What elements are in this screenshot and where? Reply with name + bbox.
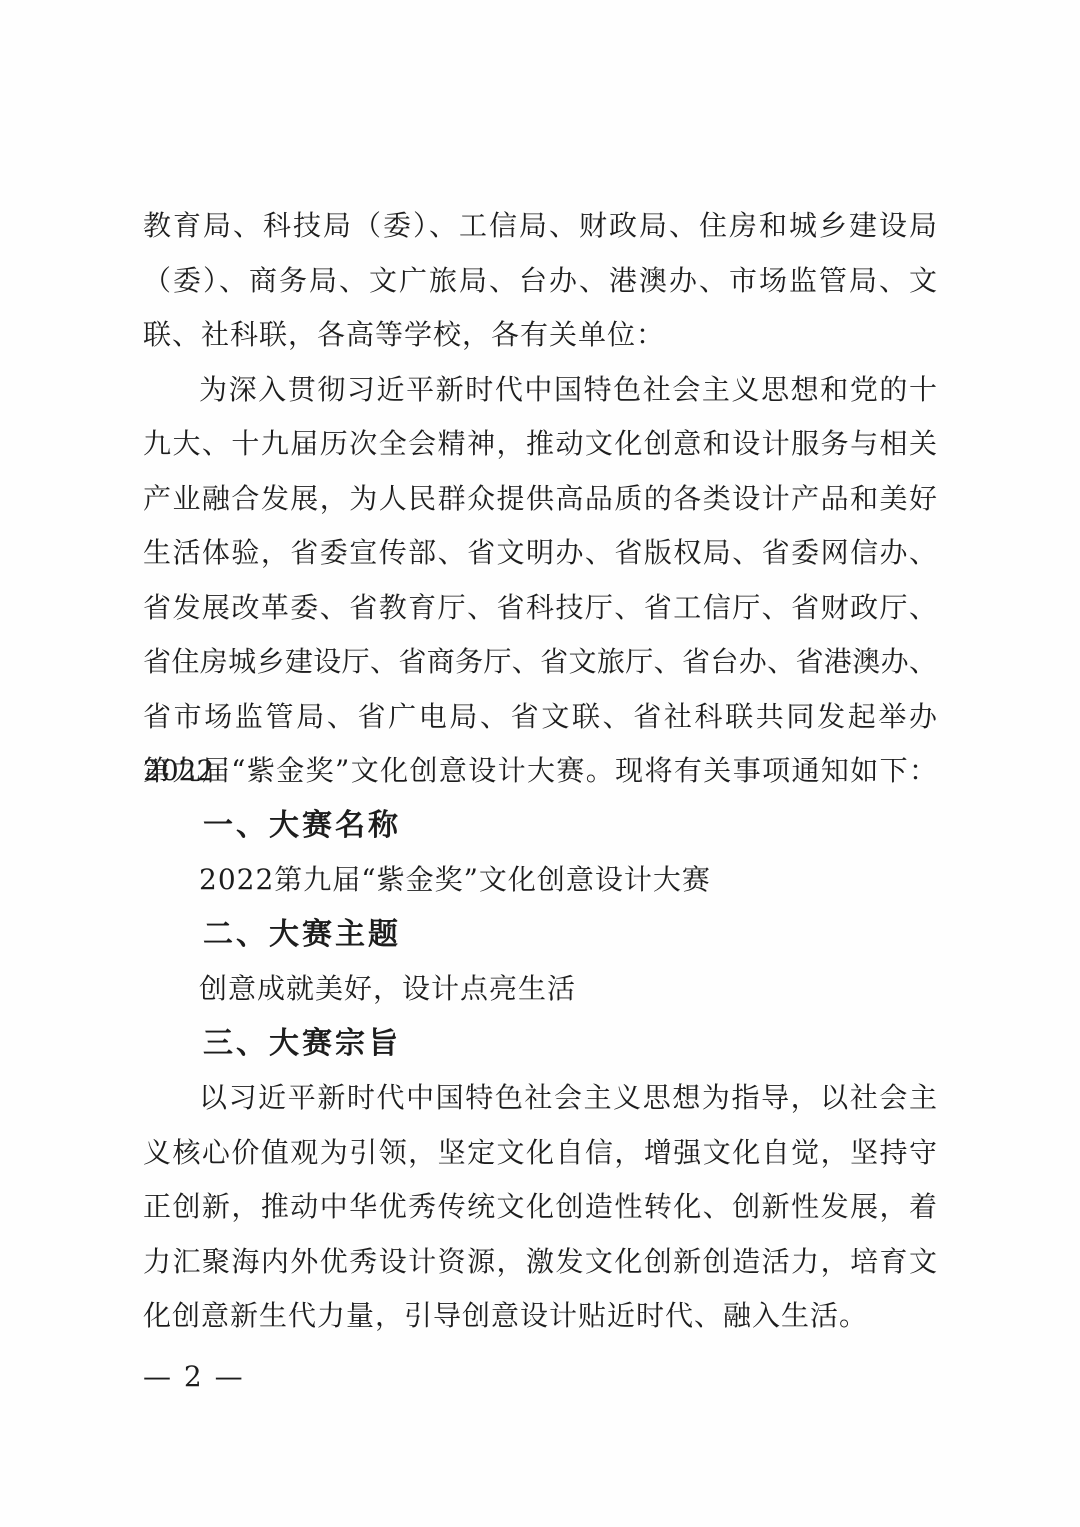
text-line: 教育局、科技局（委）、工信局、财政局、住房和城乡建设局 xyxy=(143,199,937,254)
text-line: 产业融合发展，为人民群众提供高品质的各类设计产品和美好 xyxy=(143,472,937,527)
text-line: 省住房城乡建设厅、省商务厅、省文旅厅、省台办、省港澳办、 xyxy=(143,635,937,690)
text-line: （委）、商务局、文广旅局、台办、港澳办、市场监管局、文 xyxy=(143,254,937,309)
page-number: — 2 — xyxy=(143,1355,245,1399)
text-line: 第九届“紫金奖”文化创意设计大赛。现将有关事项通知如下： xyxy=(143,744,937,799)
text-line: 九大、十九届历次全会精神，推动文化创意和设计服务与相关 xyxy=(143,417,937,472)
section-heading-competition-purpose: 三、大赛宗旨 xyxy=(143,1017,937,1072)
section-body-competition-purpose: 以习近平新时代中国特色社会主义思想为指导，以社会主 义核心价值观为引领，坚定文化… xyxy=(143,1071,937,1344)
text-line: 省市场监管局、省广电局、省文联、省社科联共同发起举办2022 xyxy=(143,690,937,745)
document-body: 教育局、科技局（委）、工信局、财政局、住房和城乡建设局 （委）、商务局、文广旅局… xyxy=(143,199,937,1344)
text-line: 生活体验，省委宣传部、省文明办、省版权局、省委网信办、 xyxy=(143,526,937,581)
text-line: 义核心价值观为引领，坚定文化自信，增强文化自觉，坚持守 xyxy=(143,1126,937,1181)
intro-paragraph: 为深入贯彻习近平新时代中国特色社会主义思想和党的十 九大、十九届历次全会精神，推… xyxy=(143,363,937,799)
text-line: 化创意新生代力量，引导创意设计贴近时代、融入生活。 xyxy=(143,1289,937,1344)
section-heading-competition-name: 一、大赛名称 xyxy=(143,799,937,854)
text-line: 省发展改革委、省教育厅、省科技厅、省工信厅、省财政厅、 xyxy=(143,581,937,636)
section-heading-competition-theme: 二、大赛主题 xyxy=(143,908,937,963)
text-line: 正创新，推动中华优秀传统文化创造性转化、创新性发展，着 xyxy=(143,1180,937,1235)
text-line: 以习近平新时代中国特色社会主义思想为指导，以社会主 xyxy=(143,1071,937,1126)
text-line: 力汇聚海内外优秀设计资源，激发文化创新创造活力，培育文 xyxy=(143,1235,937,1290)
section-body-competition-name: 2022第九届“紫金奖”文化创意设计大赛 xyxy=(143,853,937,908)
text-line: 联、社科联，各高等学校，各有关单位： xyxy=(143,308,937,363)
section-body-competition-theme: 创意成就美好，设计点亮生活 xyxy=(143,962,937,1017)
addressee-paragraph: 教育局、科技局（委）、工信局、财政局、住房和城乡建设局 （委）、商务局、文广旅局… xyxy=(143,199,937,363)
document-page: 教育局、科技局（委）、工信局、财政局、住房和城乡建设局 （委）、商务局、文广旅局… xyxy=(0,0,1080,1527)
text-line: 为深入贯彻习近平新时代中国特色社会主义思想和党的十 xyxy=(143,363,937,418)
